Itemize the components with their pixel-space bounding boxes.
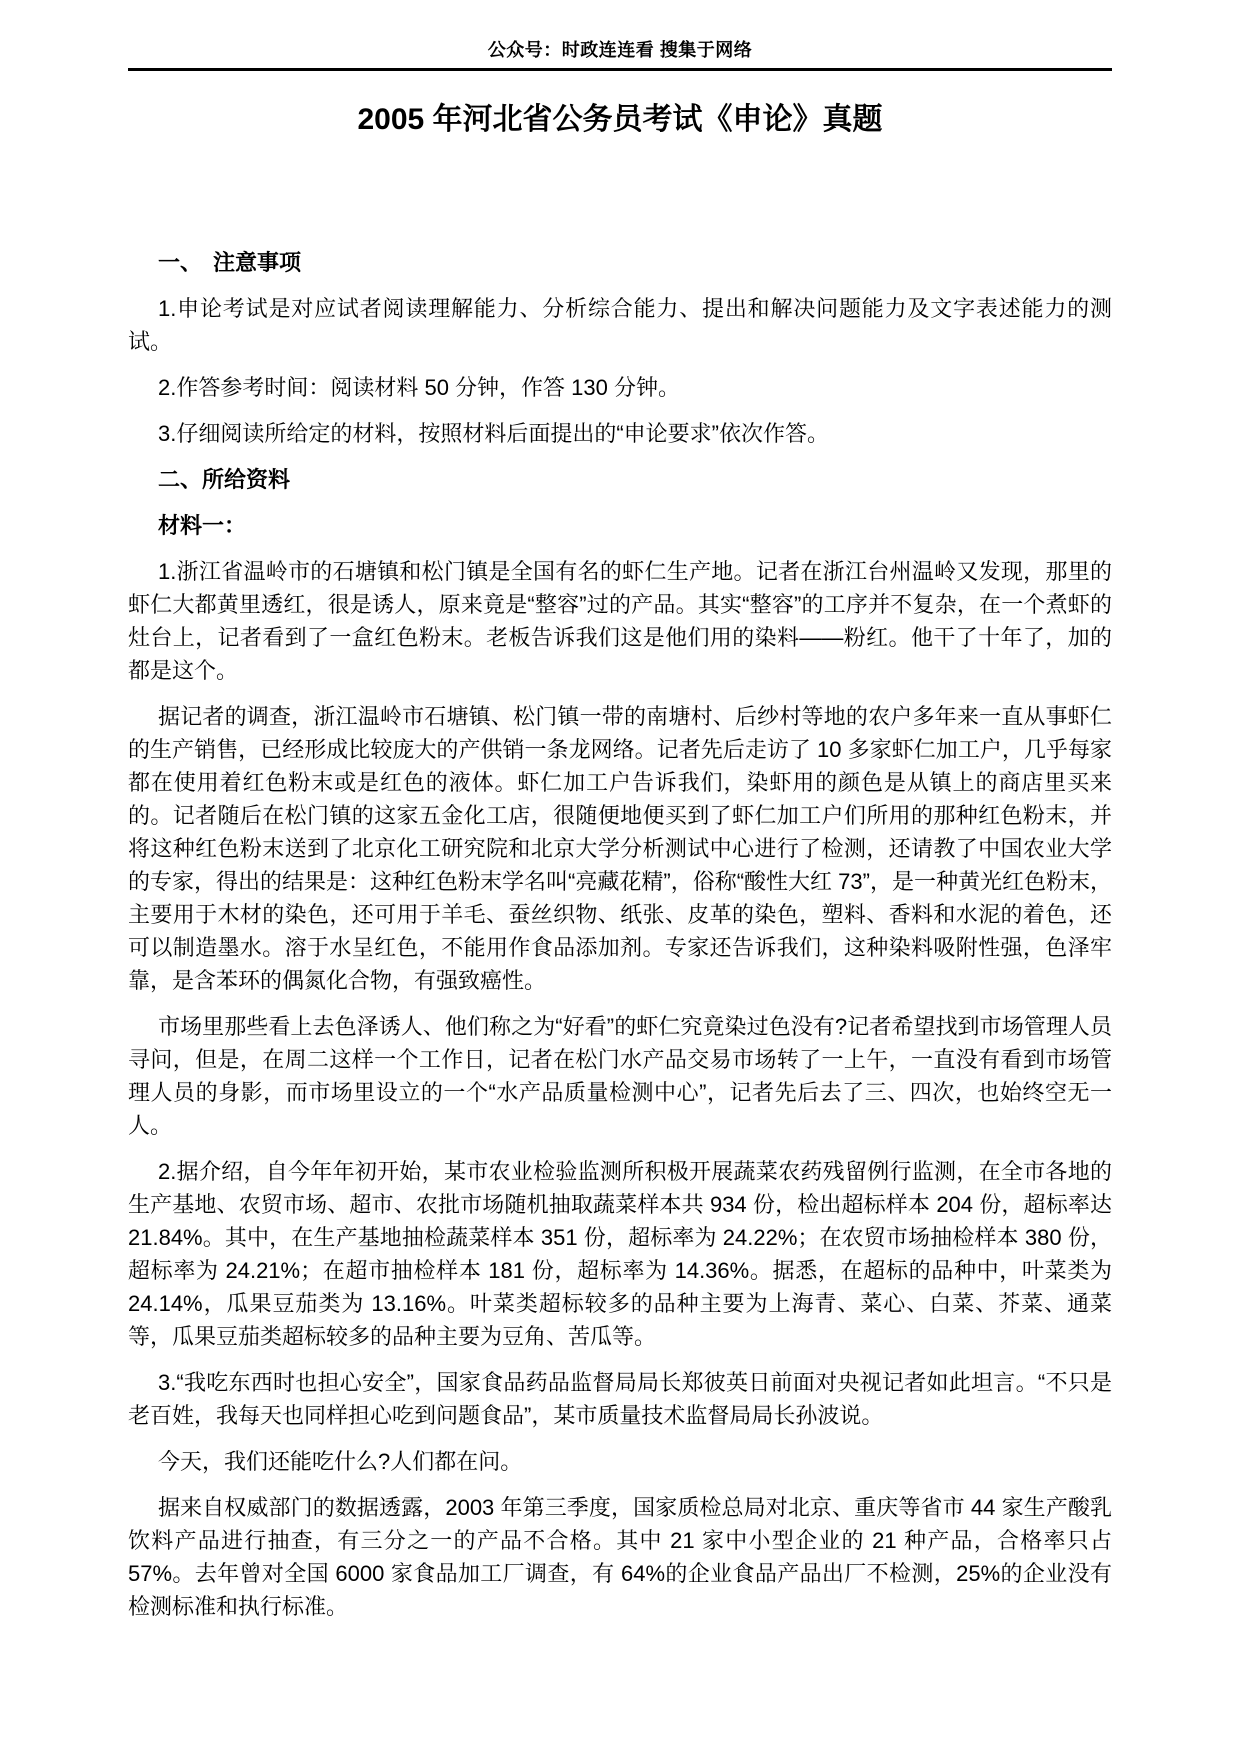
material-paragraph: 2.据介绍，自今年年初开始，某市农业检验监测所积极开展蔬菜农药残留例行监测，在全… [128,1155,1112,1353]
notice-item: 3.仔细阅读所给定的材料，按照材料后面提出的“申论要求”依次作答。 [128,417,1112,450]
notice-item: 2.作答参考时间：阅读材料 50 分钟，作答 130 分钟。 [128,371,1112,404]
material-one-label: 材料一： [128,509,1112,542]
material-paragraph: 据来自权威部门的数据透露，2003 年第三季度，国家质检总局对北京、重庆等省市 … [128,1491,1112,1623]
document-page: 公众号：时政连连看 搜集于网络 2005 年河北省公务员考试《申论》真题 一、 … [0,0,1240,1754]
document-content: 公众号：时政连连看 搜集于网络 2005 年河北省公务员考试《申论》真题 一、 … [128,0,1112,1623]
material-paragraph: 今天，我们还能吃什么?人们都在问。 [128,1445,1112,1478]
material-paragraph: 1.浙江省温岭市的石塘镇和松门镇是全国有名的虾仁生产地。记者在浙江台州温岭又发现… [128,555,1112,687]
document-title: 2005 年河北省公务员考试《申论》真题 [128,101,1112,139]
materials-section-heading: 二、所给资料 [128,463,1112,496]
notice-section-heading: 一、 注意事项 [128,246,1112,279]
material-paragraph: 3.“我吃东西时也担心安全”，国家食品药品监督局局长郑彼英日前面对央视记者如此坦… [128,1366,1112,1432]
page-header-text: 公众号：时政连连看 搜集于网络 [128,0,1112,62]
material-paragraph: 市场里那些看上去色泽诱人、他们称之为“好看”的虾仁究竟染过色没有?记者希望找到市… [128,1010,1112,1142]
material-paragraph: 据记者的调查，浙江温岭市石塘镇、松门镇一带的南塘村、后纱村等地的农户多年来一直从… [128,700,1112,997]
header-divider [128,68,1112,71]
notice-item: 1.申论考试是对应试者阅读理解能力、分析综合能力、提出和解决问题能力及文字表述能… [128,292,1112,358]
